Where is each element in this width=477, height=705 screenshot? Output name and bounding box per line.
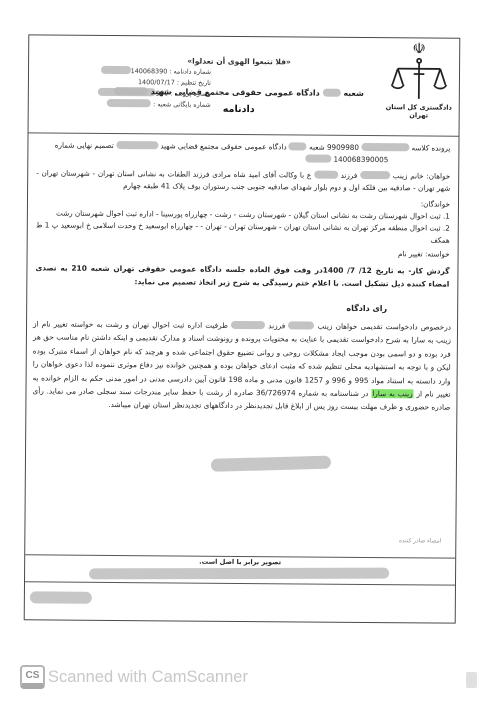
archive-number-row: شماره بایگانی شعبه : [35, 98, 211, 110]
verdict-father-label: فرزند [268, 321, 285, 330]
redacted-footer-blob [30, 591, 92, 603]
scanned-court-document: { "header": { "verse": "«فلا تتبعوا الهو… [0, 0, 477, 705]
defendant-item-2: 2. ثبت احوال منطقه مرکز تهران به نشانی ا… [36, 219, 450, 246]
redaction-blob [116, 141, 158, 149]
date-value: 1400/07/17 [138, 78, 175, 86]
redaction-blob [101, 66, 131, 74]
header-divider [29, 132, 459, 136]
case-branch-label: شعبه [309, 143, 325, 152]
case-court-name: دادگاه عمومی حقوقی مجتمع قضایی شهید [160, 141, 286, 151]
org-name: دادگستری کل استان تهران [379, 103, 459, 120]
case-file-number: 9909980 [327, 143, 359, 152]
claim-line: خواسته: تغییر نام [36, 245, 450, 260]
quran-verse: «فلا تتبعوا الهوی أن تعدلوا» [139, 56, 339, 67]
claimant-father-label: فرزند [341, 171, 358, 180]
document-title: دادنامه [189, 104, 289, 116]
branch-prefix: شعبه [343, 89, 364, 98]
redaction-blob [361, 143, 409, 151]
judiciary-emblem: ☫ دادگستری کل استان تهران [379, 41, 460, 120]
certify-divider-bottom [25, 581, 455, 585]
redaction-blob [114, 87, 148, 95]
redaction-blob [289, 142, 307, 150]
camscanner-logo-icon: CS [20, 665, 45, 689]
redaction-blob [314, 171, 338, 179]
process-paragraph: گردش کار- به تاریخ 12/ 7/ 1400در وقت فوق… [35, 261, 449, 290]
issuer-signature-label: امضاء صادر کننده [399, 538, 441, 544]
final-decision-number: 140068390005 [333, 155, 388, 164]
allah-emblem-icon: ☫ [379, 41, 459, 57]
redaction-blob [305, 154, 331, 162]
camscanner-logo-text: CS [26, 670, 40, 681]
redaction-blob [360, 171, 390, 179]
document-page: «فلا تتبعوا الهوی أن تعدلوا» شماره دادنا… [24, 34, 461, 623]
case-file-label: پرونده کلاسه [412, 143, 451, 152]
claimant-paragraph: خواهان: خانم زینب فرزند ع با وکالت آقای … [36, 167, 450, 194]
redaction-blob [323, 89, 341, 97]
date-label: تاریخ تنظیم : [177, 78, 211, 86]
redacted-stamp-blob [211, 456, 331, 472]
highlighted-name-change: زینب به سارا [371, 389, 413, 398]
verdict-heading: رای دادگاه [346, 304, 387, 313]
scan-edge-artifact [466, 672, 477, 688]
redacted-certify-blob [89, 568, 389, 580]
redaction-blob [107, 99, 151, 107]
judgment-number-value: 140068390 [131, 67, 168, 75]
redaction-blob [288, 321, 314, 329]
claimant-intro: خواهان: خانم زینب [393, 171, 450, 180]
camscanner-watermark: Scanned with CamScanner [48, 668, 248, 687]
verdict-paragraph: درخصوص دادخواست تقدیمی خواهان زینب فرزند… [32, 317, 451, 414]
justice-scales-icon [390, 56, 448, 102]
final-decision-number-line: 140068390005 [36, 151, 450, 166]
final-decision-label: تصمیم نهایی شماره [55, 141, 114, 150]
court-name: دادگاه عمومی حقوقی مجتمع قضایی شهید [151, 87, 320, 97]
judgment-number-label: شماره دادنامه : [169, 67, 211, 75]
redaction-blob [231, 321, 265, 329]
verdict-part-1: درخصوص دادخواست تقدیمی خواهان زینب [317, 322, 451, 332]
